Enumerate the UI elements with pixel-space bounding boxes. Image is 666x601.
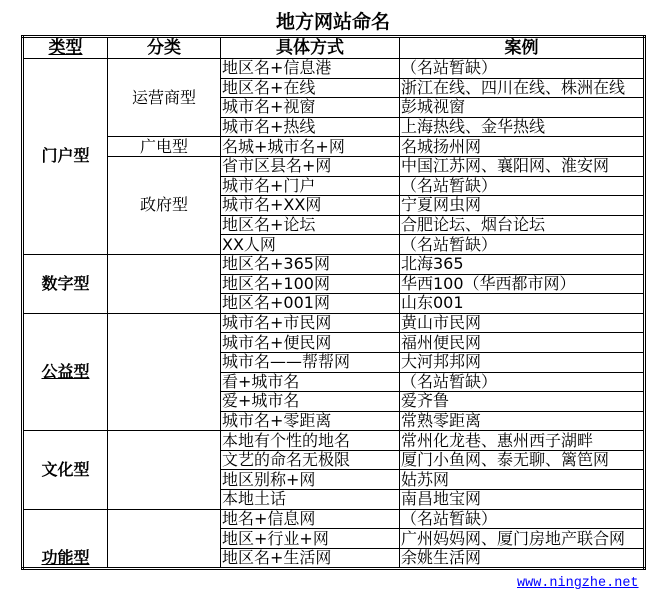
method-cell: 城市名+视窗 <box>221 98 400 118</box>
header-category: 分类 <box>108 37 221 59</box>
type-cell-public-welfare: 公益型 <box>23 313 108 431</box>
example-cell: 黄山市民网 <box>400 313 645 333</box>
header-type: 类型 <box>23 37 108 59</box>
example-cell: 福州便民网 <box>400 333 645 353</box>
method-cell: 城市名+热线 <box>221 117 400 137</box>
example-cell: 常熟零距离 <box>400 411 645 431</box>
example-cell: 宁夏网虫网 <box>400 196 645 216</box>
naming-table: 类型 分类 具体方式 案例 门户型 运营商型 地区名+信息港 （名站暂缺） 地区… <box>21 35 646 570</box>
example-cell: （名站暂缺） <box>400 372 645 392</box>
example-cell: 爱齐鲁 <box>400 392 645 412</box>
page-title: 地方网站命名 <box>0 12 666 33</box>
category-cell-government: 政府型 <box>108 156 221 254</box>
example-cell: 北海365 <box>400 254 645 274</box>
category-cell-empty <box>108 509 221 569</box>
method-cell: 地区名+365网 <box>221 254 400 274</box>
method-cell: 地区+行业+网 <box>221 529 400 549</box>
method-cell: 城市名+市民网 <box>221 313 400 333</box>
example-cell: 名城扬州网 <box>400 137 645 157</box>
category-cell-broadcast: 广电型 <box>108 137 221 157</box>
site-link[interactable]: www.ningzhe.net <box>517 576 639 591</box>
table-row: 功能型 地名+信息网 （名站暂缺） <box>23 509 645 529</box>
example-cell: （名站暂缺） <box>400 59 645 79</box>
example-cell: 浙江在线、四川在线、株洲在线 <box>400 78 645 98</box>
method-cell: 爱+城市名 <box>221 392 400 412</box>
method-cell: 名城+城市名+网 <box>221 137 400 157</box>
example-cell: 厦门小鱼网、泰无聊、篱笆网 <box>400 450 645 470</box>
category-cell-empty <box>108 313 221 431</box>
example-cell: 广州妈妈网、厦门房地产联合网 <box>400 529 645 549</box>
table-row: 文化型 本地有个性的地名 常州化龙巷、惠州西子湖畔 <box>23 431 645 451</box>
method-cell: 地区名+001网 <box>221 294 400 314</box>
method-cell: 地区名+信息港 <box>221 59 400 79</box>
method-cell: 本地有个性的地名 <box>221 431 400 451</box>
method-cell: XX人网 <box>221 235 400 255</box>
table-row: 公益型 城市名+市民网 黄山市民网 <box>23 313 645 333</box>
type-label: 公益型 <box>41 362 89 381</box>
method-cell: 地区名+生活网 <box>221 548 400 569</box>
method-cell: 地区名+论坛 <box>221 215 400 235</box>
example-cell: 上海热线、金华热线 <box>400 117 645 137</box>
category-cell-operator: 运营商型 <box>108 59 221 137</box>
example-cell: 山东001 <box>400 294 645 314</box>
method-cell: 城市名+便民网 <box>221 333 400 353</box>
header-row: 类型 分类 具体方式 案例 <box>23 37 645 59</box>
type-cell-cultural: 文化型 <box>23 431 108 509</box>
header-method: 具体方式 <box>221 37 400 59</box>
example-cell: 大河邦邦网 <box>400 352 645 372</box>
example-cell: 南昌地宝网 <box>400 490 645 510</box>
method-cell: 城市名+XX网 <box>221 196 400 216</box>
example-cell: （名站暂缺） <box>400 176 645 196</box>
example-cell: 常州化龙巷、惠州西子湖畔 <box>400 431 645 451</box>
header-type-label: 类型 <box>49 38 83 58</box>
example-cell: （名站暂缺） <box>400 509 645 529</box>
type-label: 功能型 <box>41 548 89 567</box>
method-cell: 地名+信息网 <box>221 509 400 529</box>
method-cell: 地区名+100网 <box>221 274 400 294</box>
table-row: 广电型 名城+城市名+网 名城扬州网 <box>23 137 645 157</box>
example-cell: 中国江苏网、襄阳网、淮安网 <box>400 156 645 176</box>
method-cell: 城市名——帮帮网 <box>221 352 400 372</box>
table-row: 门户型 运营商型 地区名+信息港 （名站暂缺） <box>23 59 645 79</box>
method-cell: 看+城市名 <box>221 372 400 392</box>
method-cell: 城市名+门户 <box>221 176 400 196</box>
category-cell-empty <box>108 254 221 313</box>
type-cell-functional: 功能型 <box>23 509 108 569</box>
method-cell: 文艺的命名无极限 <box>221 450 400 470</box>
header-example: 案例 <box>400 37 645 59</box>
type-cell-numeric: 数字型 <box>23 254 108 313</box>
example-cell: 姑苏网 <box>400 470 645 490</box>
example-cell: 华西100（华西都市网） <box>400 274 645 294</box>
example-cell: （名站暂缺） <box>400 235 645 255</box>
method-cell: 地区名+在线 <box>221 78 400 98</box>
method-cell: 本地土话 <box>221 490 400 510</box>
method-cell: 城市名+零距离 <box>221 411 400 431</box>
example-cell: 余姚生活网 <box>400 548 645 569</box>
method-cell: 地区别称+网 <box>221 470 400 490</box>
type-cell-portal: 门户型 <box>23 59 108 255</box>
method-cell: 省市区县名+网 <box>221 156 400 176</box>
example-cell: 合肥论坛、烟台论坛 <box>400 215 645 235</box>
table-row: 数字型 地区名+365网 北海365 <box>23 254 645 274</box>
example-cell: 彭城视窗 <box>400 98 645 118</box>
category-cell-empty <box>108 431 221 509</box>
table-row: 政府型 省市区县名+网 中国江苏网、襄阳网、淮安网 <box>23 156 645 176</box>
